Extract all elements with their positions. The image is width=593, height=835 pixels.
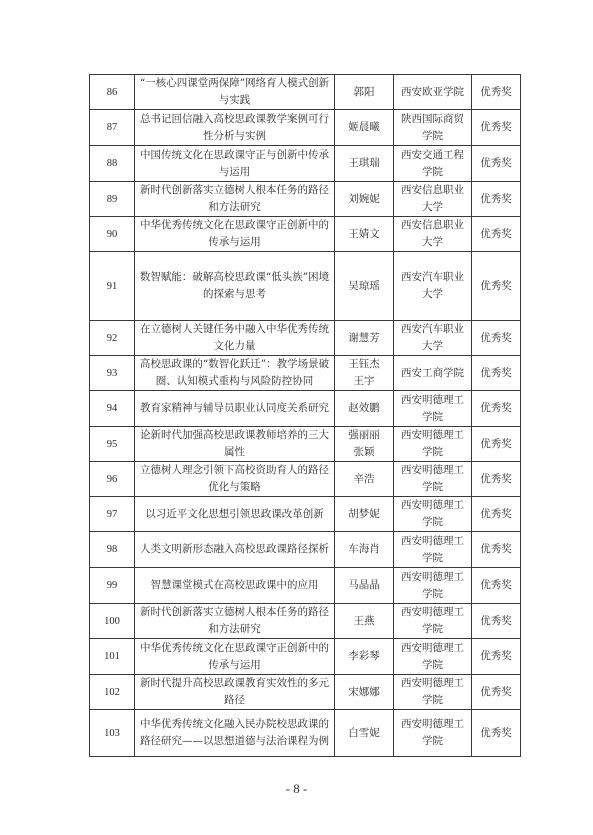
- paper-title: 智慧课堂模式在高校思政课中的应用: [135, 568, 335, 604]
- award-level: 优秀奖: [472, 568, 521, 604]
- table-row: 86 “一核心四课堂两保障”网络育人模式创新与实践 郭阳 西安欧亚学院 优秀奖: [90, 75, 521, 110]
- table-row: 101 中华优秀传统文化在思政课守正创新中的传承与运用 李彩琴 西安明德理工学院…: [90, 639, 521, 675]
- institution-name: 陕西国际商贸学院: [394, 110, 472, 146]
- author-name: 王燕: [335, 604, 394, 639]
- table-row: 103 中华优秀传统文化融入民办院校思政课的路径研究——以思想道德与法治课程为例…: [90, 710, 521, 757]
- row-number: 96: [90, 462, 135, 497]
- row-number: 100: [90, 604, 135, 639]
- author-name: 马晶晶: [335, 568, 394, 604]
- paper-title: 在立德树人关键任务中融入中华优秀传统文化力量: [135, 321, 335, 356]
- paper-title: 论新时代加强高校思政课教师培养的三大属性: [135, 427, 335, 462]
- institution-name: 西安明德理工学院: [394, 391, 472, 427]
- row-number: 92: [90, 321, 135, 356]
- row-number: 87: [90, 110, 135, 146]
- author-name: 吴琼瑶: [335, 252, 394, 321]
- award-level: 优秀奖: [472, 497, 521, 532]
- author-name: 白雪妮: [335, 710, 394, 757]
- paper-title: 人类文明新形态融入高校思政课路径探析: [135, 532, 335, 568]
- table-row: 94 教育家精神与辅导员职业认同度关系研究 赵效鹏 西安明德理工学院 优秀奖: [90, 391, 521, 427]
- row-number: 86: [90, 75, 135, 110]
- author-name: 赵效鹏: [335, 391, 394, 427]
- award-level: 优秀奖: [472, 182, 521, 217]
- row-number: 94: [90, 391, 135, 427]
- table-row: 91 数智赋能：破解高校思政课“低头族”困境的探索与思考 吴琼瑶 西安汽车职业大…: [90, 252, 521, 321]
- institution-name: 西安信息职业大学: [394, 217, 472, 252]
- award-level: 优秀奖: [472, 391, 521, 427]
- author-secondary: 王宇: [338, 373, 390, 390]
- paper-title: 高校思政课的“数智化跃迁”：教学场景破圈、认知模式重构与风险防控协同: [135, 356, 335, 391]
- award-level: 优秀奖: [472, 532, 521, 568]
- institution-name: 西安明德理工学院: [394, 639, 472, 675]
- institution-name: 西安明德理工学院: [394, 710, 472, 757]
- author-secondary: 张颖: [338, 444, 390, 461]
- award-level: 优秀奖: [472, 75, 521, 110]
- table-row: 92 在立德树人关键任务中融入中华优秀传统文化力量 谢慧芳 西安汽车职业大学 优…: [90, 321, 521, 356]
- table-row: 89 新时代创新落实立德树人根本任务的路径和方法研究 刘婉妮 西安信息职业大学 …: [90, 182, 521, 217]
- award-level: 优秀奖: [472, 356, 521, 391]
- paper-title: 立德树人理念引领下高校资助育人的路径优化与策略: [135, 462, 335, 497]
- paper-title: 新时代提升高校思政课教育实效性的多元路径: [135, 675, 335, 710]
- author-primary: 郭阳: [338, 84, 390, 101]
- institution-name: 西安明德理工学院: [394, 497, 472, 532]
- table-row: 93 高校思政课的“数智化跃迁”：教学场景破圈、认知模式重构与风险防控协同 王钰…: [90, 356, 521, 391]
- paper-title: 新时代创新落实立德树人根本任务的路径和方法研究: [135, 182, 335, 217]
- institution-name: 西安欧亚学院: [394, 75, 472, 110]
- institution-name: 西安汽车职业大学: [394, 321, 472, 356]
- institution-name: 西安信息职业大学: [394, 182, 472, 217]
- table-row: 100 新时代创新落实立德树人根本任务的路径和方法研究 王燕 西安明德理工学院 …: [90, 604, 521, 639]
- author-name: 刘婉妮: [335, 182, 394, 217]
- author-name: 宋娜娜: [335, 675, 394, 710]
- author-name: 胡梦妮: [335, 497, 394, 532]
- author-primary: 吴琼瑶: [338, 278, 390, 295]
- author-primary: 白雪妮: [338, 725, 390, 742]
- author-name: 谢慧芳: [335, 321, 394, 356]
- author-primary: 王婧文: [338, 226, 390, 243]
- table-row: 98 人类文明新形态融入高校思政课路径探析 车海肖 西安明德理工学院 优秀奖: [90, 532, 521, 568]
- institution-name: 西安明德理工学院: [394, 675, 472, 710]
- institution-name: 西安交通工程学院: [394, 146, 472, 182]
- row-number: 102: [90, 675, 135, 710]
- row-number: 93: [90, 356, 135, 391]
- row-number: 95: [90, 427, 135, 462]
- author-primary: 李彩琴: [338, 648, 390, 665]
- page-number: - 8 -: [0, 781, 593, 797]
- author-primary: 王钰杰: [338, 356, 390, 373]
- author-primary: 赵效鹏: [338, 400, 390, 417]
- institution-name: 西安明德理工学院: [394, 568, 472, 604]
- author-primary: 王琪瑞: [338, 155, 390, 172]
- paper-title: 中华优秀传统文化在思政课守正创新中的传承与运用: [135, 639, 335, 675]
- author-primary: 刘婉妮: [338, 191, 390, 208]
- award-level: 优秀奖: [472, 252, 521, 321]
- awards-table-body: 86 “一核心四课堂两保障”网络育人模式创新与实践 郭阳 西安欧亚学院 优秀奖 …: [90, 75, 521, 757]
- row-number: 88: [90, 146, 135, 182]
- table-row: 102 新时代提升高校思政课教育实效性的多元路径 宋娜娜 西安明德理工学院 优秀…: [90, 675, 521, 710]
- award-level: 优秀奖: [472, 110, 521, 146]
- awards-table: 86 “一核心四课堂两保障”网络育人模式创新与实践 郭阳 西安欧亚学院 优秀奖 …: [89, 74, 521, 757]
- author-primary: 辛浩: [338, 471, 390, 488]
- table-row: 90 中华优秀传统文化在思政课守正创新中的传承与运用 王婧文 西安信息职业大学 …: [90, 217, 521, 252]
- award-level: 优秀奖: [472, 604, 521, 639]
- author-name: 王琪瑞: [335, 146, 394, 182]
- award-level: 优秀奖: [472, 321, 521, 356]
- institution-name: 西安明德理工学院: [394, 427, 472, 462]
- row-number: 97: [90, 497, 135, 532]
- author-name: 车海肖: [335, 532, 394, 568]
- row-number: 91: [90, 252, 135, 321]
- row-number: 90: [90, 217, 135, 252]
- paper-title: 中华优秀传统文化在思政课守正创新中的传承与运用: [135, 217, 335, 252]
- institution-name: 西安明德理工学院: [394, 532, 472, 568]
- author-name: 强丽丽 张颖: [335, 427, 394, 462]
- award-level: 优秀奖: [472, 427, 521, 462]
- award-level: 优秀奖: [472, 710, 521, 757]
- table-row: 96 立德树人理念引领下高校资助育人的路径优化与策略 辛浩 西安明德理工学院 优…: [90, 462, 521, 497]
- award-level: 优秀奖: [472, 217, 521, 252]
- table-row: 95 论新时代加强高校思政课教师培养的三大属性 强丽丽 张颖 西安明德理工学院 …: [90, 427, 521, 462]
- author-name: 李彩琴: [335, 639, 394, 675]
- document-page: 86 “一核心四课堂两保障”网络育人模式创新与实践 郭阳 西安欧亚学院 优秀奖 …: [0, 0, 593, 835]
- row-number: 99: [90, 568, 135, 604]
- award-level: 优秀奖: [472, 146, 521, 182]
- institution-name: 西安明德理工学院: [394, 462, 472, 497]
- table-row: 88 中国传统文化在思政课守正与创新中传承与运用 王琪瑞 西安交通工程学院 优秀…: [90, 146, 521, 182]
- author-name: 王钰杰 王宇: [335, 356, 394, 391]
- table-row: 97 以习近平文化思想引领思政课改革创新 胡梦妮 西安明德理工学院 优秀奖: [90, 497, 521, 532]
- author-primary: 胡梦妮: [338, 506, 390, 523]
- paper-title: “一核心四课堂两保障”网络育人模式创新与实践: [135, 75, 335, 110]
- award-level: 优秀奖: [472, 675, 521, 710]
- institution-name: 西安明德理工学院: [394, 604, 472, 639]
- author-primary: 王燕: [338, 613, 390, 630]
- paper-title: 数智赋能：破解高校思政课“低头族”困境的探索与思考: [135, 252, 335, 321]
- row-number: 101: [90, 639, 135, 675]
- author-name: 郭阳: [335, 75, 394, 110]
- author-name: 王婧文: [335, 217, 394, 252]
- author-primary: 车海肖: [338, 541, 390, 558]
- paper-title: 中华优秀传统文化融入民办院校思政课的路径研究——以思想道德与法治课程为例: [135, 710, 335, 757]
- author-primary: 宋娜娜: [338, 684, 390, 701]
- row-number: 89: [90, 182, 135, 217]
- table-row: 87 总书记回信融入高校思政课教学案例可行性分析与实例 姬晨曦 陕西国际商贸学院…: [90, 110, 521, 146]
- award-level: 优秀奖: [472, 639, 521, 675]
- award-level: 优秀奖: [472, 462, 521, 497]
- author-primary: 谢慧芳: [338, 330, 390, 347]
- paper-title: 总书记回信融入高校思政课教学案例可行性分析与实例: [135, 110, 335, 146]
- paper-title: 以习近平文化思想引领思政课改革创新: [135, 497, 335, 532]
- author-primary: 强丽丽: [338, 427, 390, 444]
- author-name: 姬晨曦: [335, 110, 394, 146]
- row-number: 98: [90, 532, 135, 568]
- institution-name: 西安工商学院: [394, 356, 472, 391]
- row-number: 103: [90, 710, 135, 757]
- author-name: 辛浩: [335, 462, 394, 497]
- table-row: 99 智慧课堂模式在高校思政课中的应用 马晶晶 西安明德理工学院 优秀奖: [90, 568, 521, 604]
- institution-name: 西安汽车职业大学: [394, 252, 472, 321]
- paper-title: 新时代创新落实立德树人根本任务的路径和方法研究: [135, 604, 335, 639]
- author-primary: 马晶晶: [338, 577, 390, 594]
- paper-title: 教育家精神与辅导员职业认同度关系研究: [135, 391, 335, 427]
- paper-title: 中国传统文化在思政课守正与创新中传承与运用: [135, 146, 335, 182]
- author-primary: 姬晨曦: [338, 119, 390, 136]
